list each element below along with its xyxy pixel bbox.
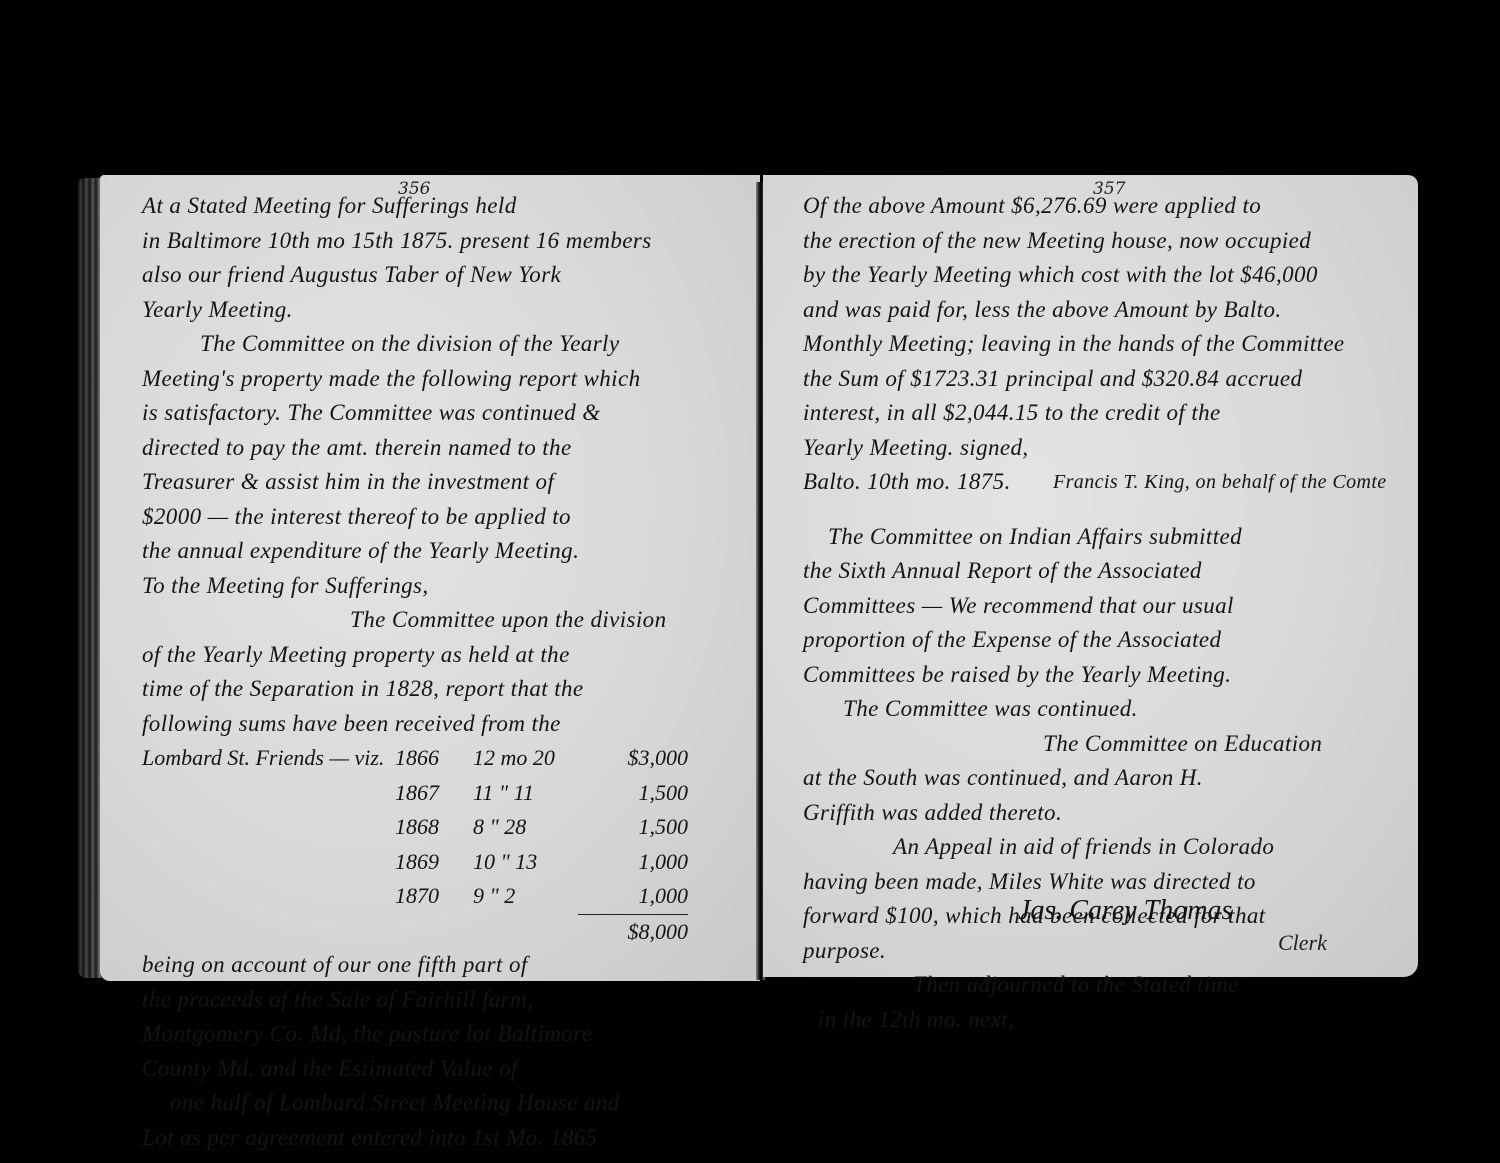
text-line: one half of Lombard Street Meeting House…: [100, 1086, 760, 1121]
text-line: Committees be raised by the Yearly Meeti…: [763, 658, 1418, 693]
text-line: the proceeds of the Sale of Fairhill far…: [100, 983, 760, 1018]
text-line: Meeting's property made the following re…: [100, 362, 760, 397]
date-cell: 11 " 11: [473, 776, 578, 811]
left-page-text: At a Stated Meeting for Sufferings held …: [100, 189, 760, 1155]
text-line: interest, in all $2,044.15 to the credit…: [763, 396, 1418, 431]
text-line: and was paid for, less the above Amount …: [763, 293, 1418, 328]
text-line: Griffith was added thereto.: [763, 796, 1418, 831]
text-line: by the Yearly Meeting which cost with th…: [763, 258, 1418, 293]
text-line: directed to pay the amt. therein named t…: [100, 431, 760, 466]
text-line: in the 12th mo. next,: [763, 1003, 1418, 1038]
text-line: The Committee on Education: [763, 727, 1418, 762]
text-line: $2000 — the interest thereof to be appli…: [100, 500, 760, 535]
date-cell: 9 " 2: [473, 879, 578, 914]
table-row: 1868 8 " 28 1,500: [100, 810, 760, 845]
clerk-title: Clerk: [1278, 930, 1327, 956]
text-line: having been made, Miles White was direct…: [763, 865, 1418, 900]
table-row: 1867 11 " 11 1,500: [100, 776, 760, 811]
text-line: Then adjourned to the Stated time: [763, 968, 1418, 1003]
text-line: Monthly Meeting; leaving in the hands of…: [763, 327, 1418, 362]
date-cell: 10 " 13: [473, 845, 578, 880]
text-line: The Committee on Indian Affairs submitte…: [763, 520, 1418, 555]
table-lead: Lombard St. Friends — viz.: [100, 741, 395, 776]
signoff-signer: Francis T. King, on behalf of the Comte: [1053, 465, 1387, 500]
right-page: 357 Of the above Amount $6,276.69 were a…: [763, 175, 1418, 977]
table-row: 1870 9 " 2 1,000: [100, 879, 760, 914]
text-line: the annual expenditure of the Yearly Mee…: [100, 534, 760, 569]
year-cell: 1866: [395, 741, 473, 776]
text-line: also our friend Augustus Taber of New Yo…: [100, 258, 760, 293]
table-row: Lombard St. Friends — viz. 1866 12 mo 20…: [100, 741, 760, 776]
signoff-place-date: Balto. 10th mo. 1875.: [803, 465, 1053, 500]
text-line: proportion of the Expense of the Associa…: [763, 623, 1418, 658]
text-line: Montgomery Co. Md, the pasture lot Balti…: [100, 1017, 760, 1052]
year-cell: 1869: [395, 845, 473, 880]
text-line: being on account of our one fifth part o…: [100, 948, 760, 983]
date-cell: 8 " 28: [473, 810, 578, 845]
book-edge: [78, 178, 102, 978]
text-line: the Sum of $1723.31 principal and $320.8…: [763, 362, 1418, 397]
amount-cell: $3,000: [578, 741, 688, 776]
text-line: To the Meeting for Sufferings,: [100, 569, 760, 604]
total-amount: $8,000: [578, 914, 688, 949]
text-line: time of the Separation in 1828, report t…: [100, 672, 760, 707]
amount-cell: 1,500: [578, 776, 688, 811]
receipts-table: Lombard St. Friends — viz. 1866 12 mo 20…: [100, 741, 760, 948]
text-line: At a Stated Meeting for Sufferings held: [100, 189, 760, 224]
text-line: County Md. and the Estimated Value of: [100, 1052, 760, 1087]
text-line: Committees — We recommend that our usual: [763, 589, 1418, 624]
left-page: 356 At a Stated Meeting for Sufferings h…: [100, 175, 760, 981]
text-line: Yearly Meeting. signed,: [763, 431, 1418, 466]
text-line: the erection of the new Meeting house, n…: [763, 224, 1418, 259]
amount-cell: 1,000: [578, 879, 688, 914]
signoff-line: Balto. 10th mo. 1875. Francis T. King, o…: [763, 465, 1418, 500]
text-line: the Sixth Annual Report of the Associate…: [763, 554, 1418, 589]
text-line: Lot as per agreement entered into 1st Mo…: [100, 1121, 760, 1156]
date-cell: 12 mo 20: [473, 741, 578, 776]
text-line: Treasurer & assist him in the investment…: [100, 465, 760, 500]
text-line: at the South was continued, and Aaron H.: [763, 761, 1418, 796]
text-line: following sums have been received from t…: [100, 707, 760, 742]
year-cell: 1867: [395, 776, 473, 811]
text-line: The Committee on the division of the Yea…: [100, 327, 760, 362]
year-cell: 1868: [395, 810, 473, 845]
table-row: 1869 10 " 13 1,000: [100, 845, 760, 880]
text-line: The Committee upon the division: [100, 603, 760, 638]
table-total-row: $8,000: [100, 914, 760, 949]
text-line: The Committee was continued.: [763, 692, 1418, 727]
text-line: Of the above Amount $6,276.69 were appli…: [763, 189, 1418, 224]
year-cell: 1870: [395, 879, 473, 914]
amount-cell: 1,000: [578, 845, 688, 880]
text-line: Yearly Meeting.: [100, 293, 760, 328]
amount-cell: 1,500: [578, 810, 688, 845]
text-line: of the Yearly Meeting property as held a…: [100, 638, 760, 673]
text-line: in Baltimore 10th mo 15th 1875. present …: [100, 224, 760, 259]
clerk-signature: Jas. Carey Thomas: [1018, 895, 1232, 927]
text-line: An Appeal in aid of friends in Colorado: [763, 830, 1418, 865]
text-line: is satisfactory. The Committee was conti…: [100, 396, 760, 431]
